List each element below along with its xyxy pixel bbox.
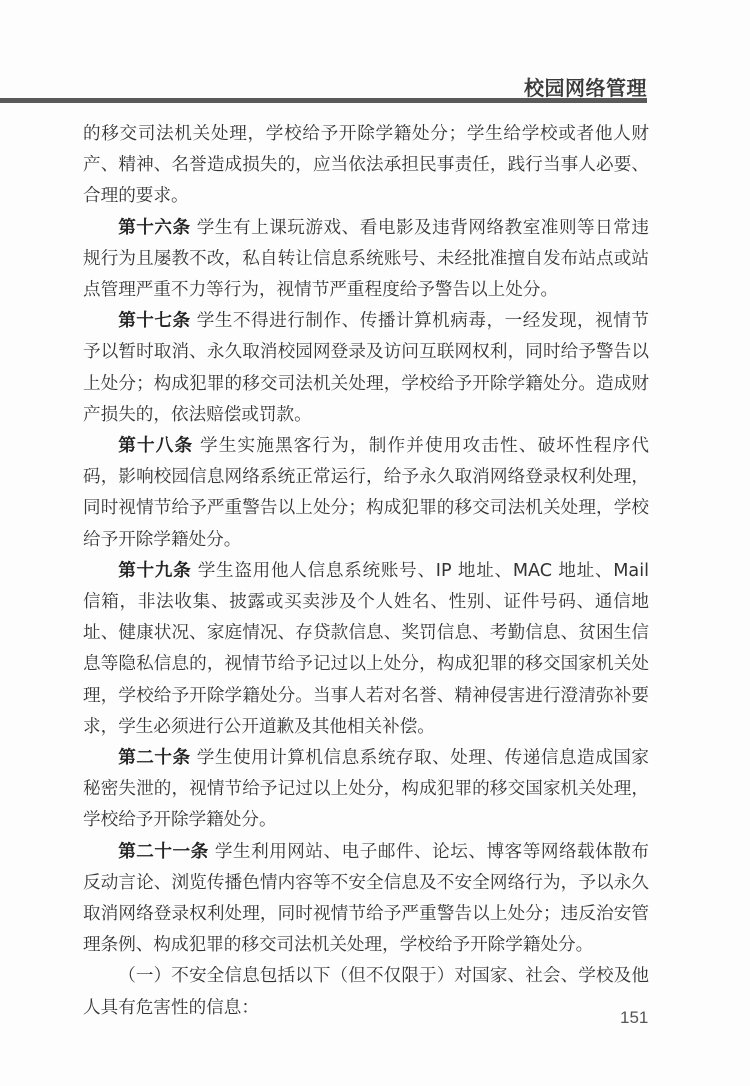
paragraph-continuation: 的移交司法机关处理，学校给予开除学籍处分；学生给学校或者他人财产、精神、名誉造成… bbox=[83, 119, 649, 213]
article-number: 第十九条 bbox=[118, 561, 191, 581]
article-number: 第二十一条 bbox=[118, 842, 209, 862]
paragraph-article-18: 第十八条 学生实施黑客行为，制作并使用攻击性、破坏性程序代码，影响校园信息网络系… bbox=[83, 431, 649, 556]
page-number: 151 bbox=[620, 1008, 648, 1028]
paragraph-article-21: 第二十一条 学生利用网站、电子邮件、论坛、博客等网络载体散布反动言论、浏览传播色… bbox=[83, 837, 649, 962]
article-number: 第二十条 bbox=[118, 748, 190, 768]
article-number: 第十八条 bbox=[118, 436, 193, 456]
header-rule bbox=[0, 98, 647, 103]
paragraph-text: 的移交司法机关处理，学校给予开除学籍处分；学生给学校或者他人财产、精神、名誉造成… bbox=[83, 124, 649, 206]
running-head-title: 校园网络管理 bbox=[524, 72, 647, 101]
paragraph-article-17: 第十七条 学生不得进行制作、传播计算机病毒，一经发现，视情节予以暂时取消、永久取… bbox=[83, 306, 649, 431]
paragraph-text: （一）不安全信息包括以下（但不仅限于）对国家、社会、学校及他人具有危害性的信息： bbox=[83, 966, 649, 1017]
paragraph-article-19: 第十九条 学生盗用他人信息系统账号、IP 地址、MAC 地址、Mail 信箱，非… bbox=[83, 556, 649, 743]
paragraph-clause-1: （一）不安全信息包括以下（但不仅限于）对国家、社会、学校及他人具有危害性的信息： bbox=[83, 961, 649, 1023]
paragraph-article-20: 第二十条 学生使用计算机信息系统存取、处理、传递信息造成国家秘密失泄的，视情节给… bbox=[83, 743, 649, 837]
paragraph-text: 学生盗用他人信息系统账号、IP 地址、MAC 地址、Mail 信箱，非法收集、披… bbox=[83, 561, 649, 737]
paragraph-article-16: 第十六条 学生有上课玩游戏、看电影及违背网络教室准则等日常违规行为且屡教不改，私… bbox=[83, 213, 649, 307]
article-number: 第十七条 bbox=[118, 311, 190, 331]
body-text: 的移交司法机关处理，学校给予开除学籍处分；学生给学校或者他人财产、精神、名誉造成… bbox=[83, 119, 649, 1024]
article-number: 第十六条 bbox=[118, 218, 190, 238]
